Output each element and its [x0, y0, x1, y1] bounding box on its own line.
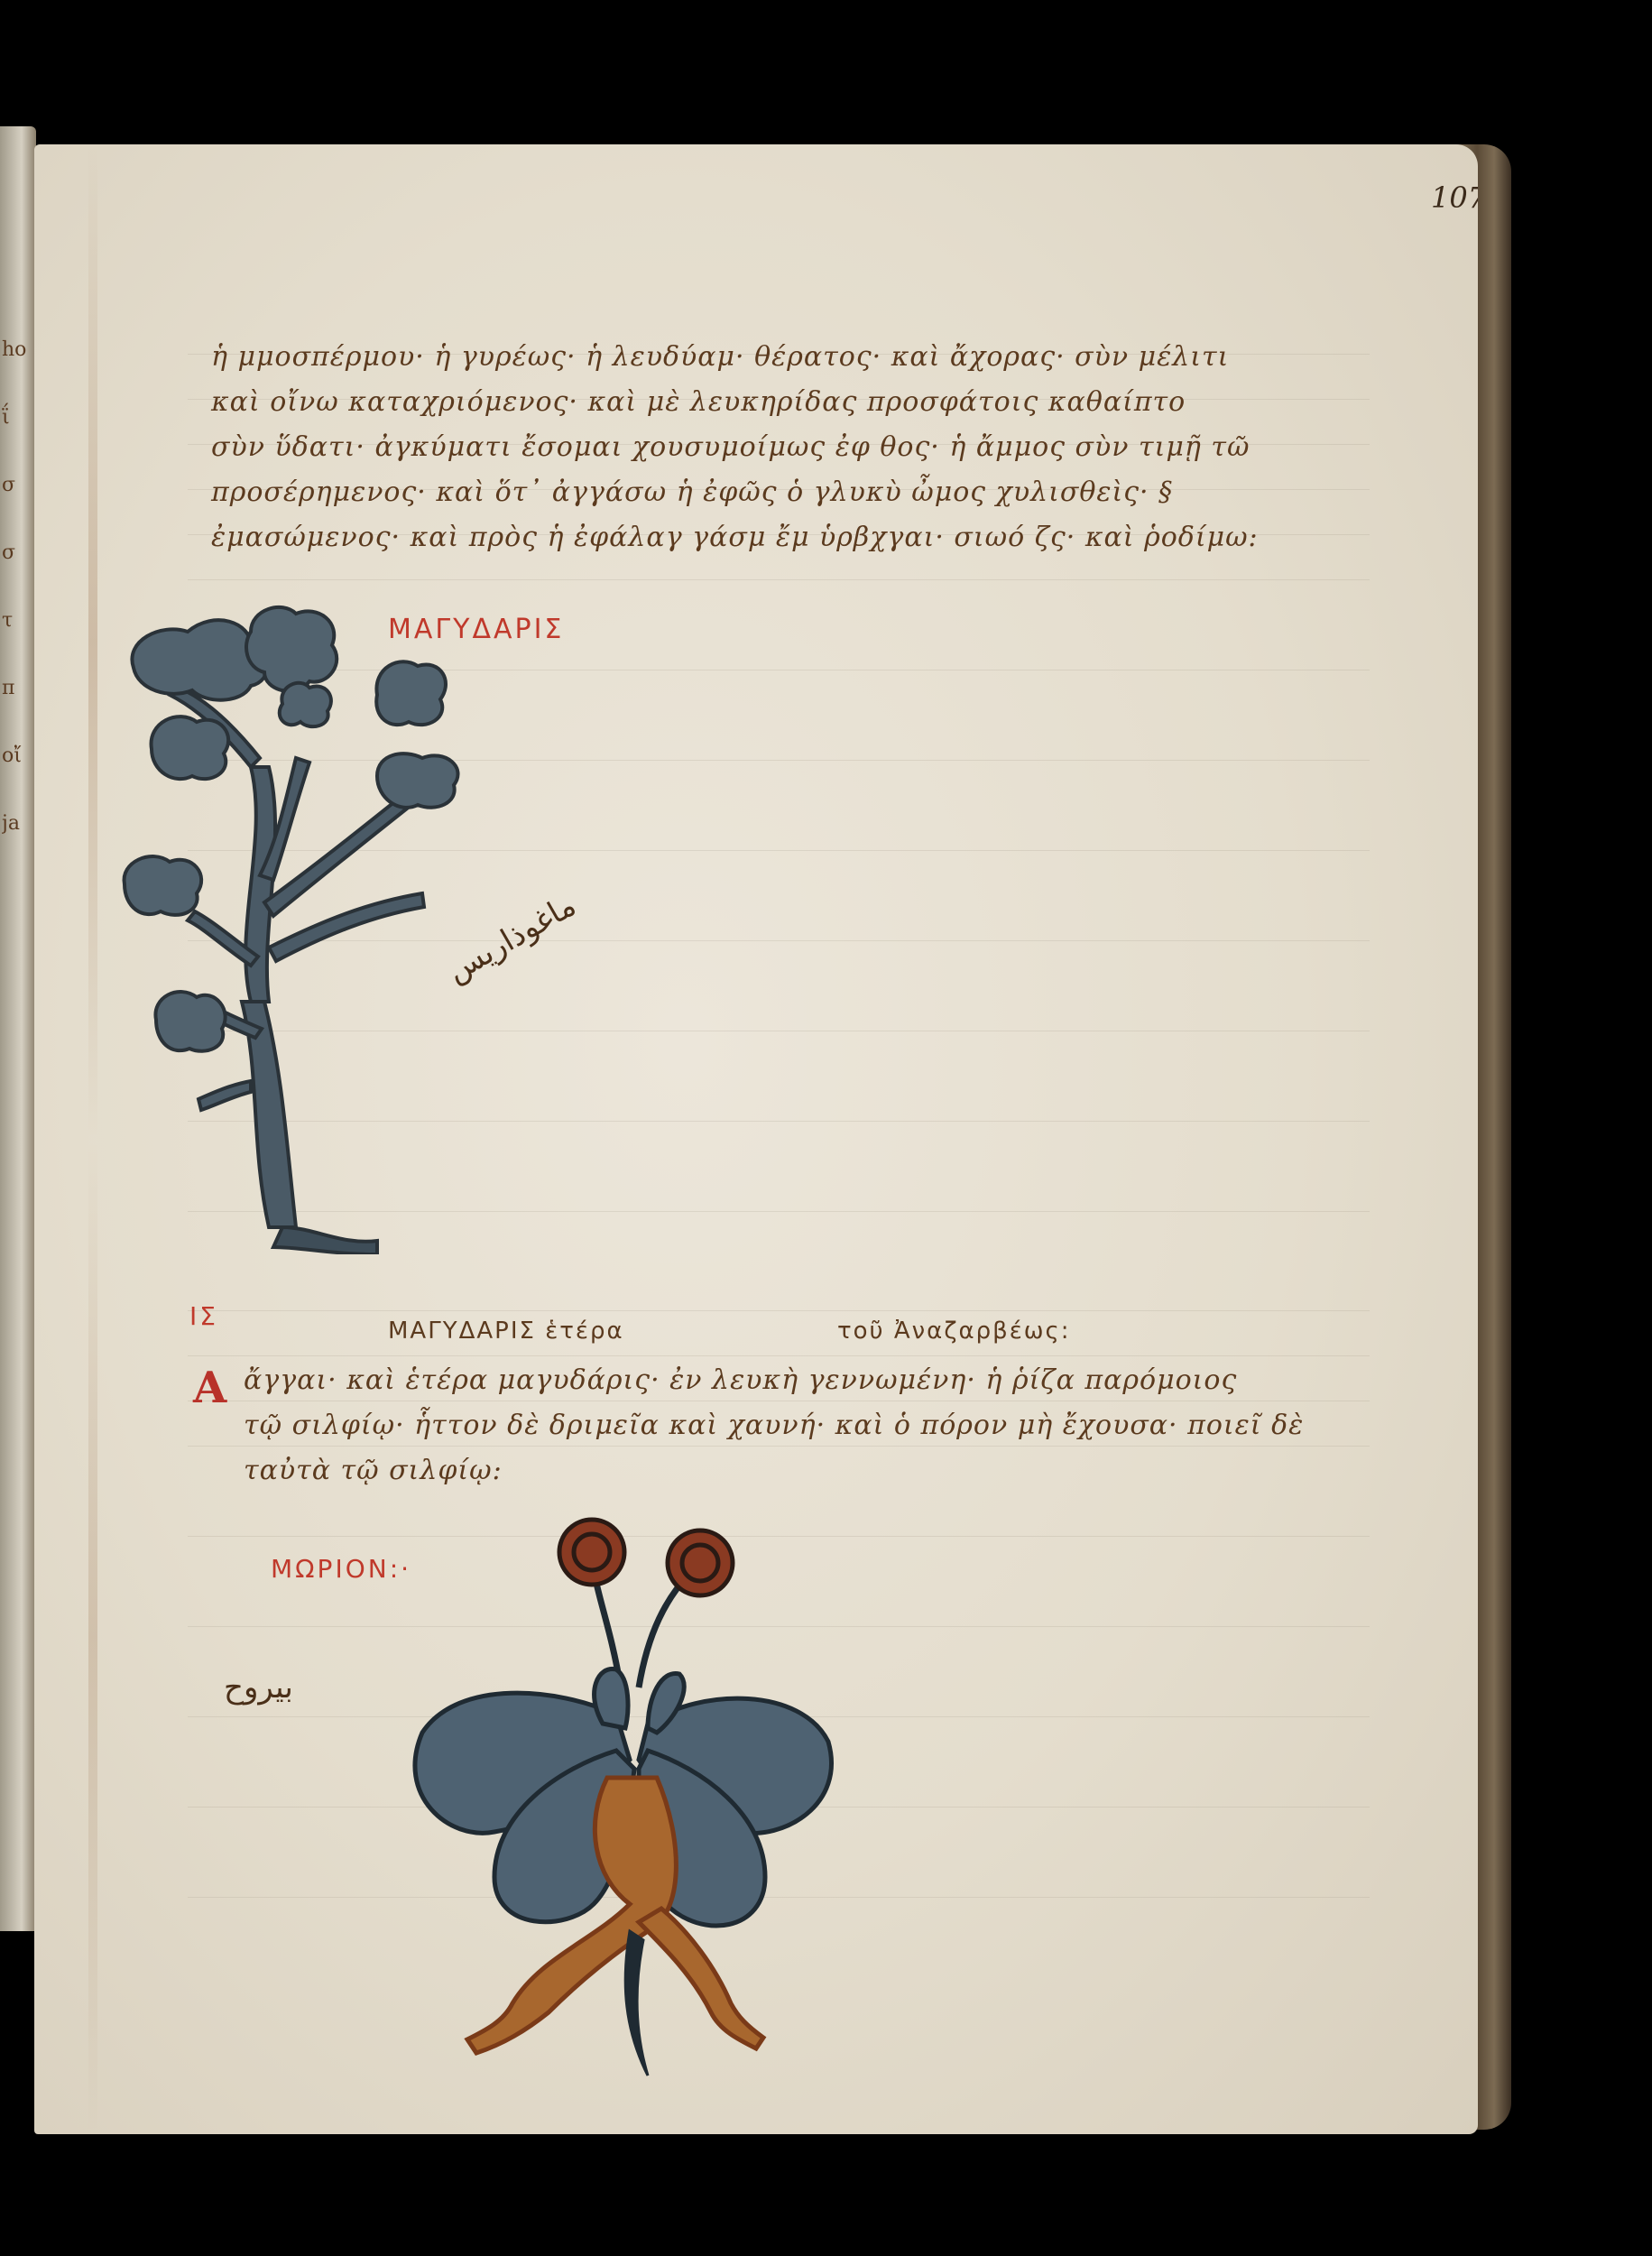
section-heading-magydaris-other: ΜΑΓΥΔΑΡΙΣ ἑτέρα — [388, 1318, 624, 1345]
text-line: ἡ μμοσπέρμου· ἡ γυρέως· ἡ λευδύαμ· θέρατ… — [211, 341, 1229, 373]
morion-mandrake-illustration — [377, 1498, 964, 2130]
previous-page-edge: ho ΐ σ σ τ π οἴ ja — [0, 126, 36, 1931]
ruling-line — [188, 1446, 1370, 1447]
manuscript-folio: 107 ἡ μμοσπέρμου· ἡ γυρέως· ἡ λευδύαμ· θ… — [34, 144, 1478, 2134]
text-line: τῷ σιλφίῳ· ἧττον δὲ δριμεῖα καὶ χαυνή· κ… — [244, 1410, 1304, 1441]
gutter-stain — [88, 144, 97, 2134]
folio-number: 107 — [1431, 180, 1478, 215]
rubric-title-morion-text: ΜΩΡΙΟΝ — [271, 1554, 390, 1584]
chapter-number: ΙΣ — [189, 1301, 218, 1331]
ruling-line — [188, 579, 1370, 580]
ruling-line — [188, 1310, 1370, 1311]
ruling-line — [188, 1401, 1370, 1401]
text-line: ἐμασώμενος· καὶ πρὸς ἡ ἐφάλαγ γάσμ ἔμ ὑρ… — [211, 522, 1259, 553]
text-line: προσέρημενος· καὶ ὅτ᾽ ἀγγάσω ἡ ἐφῶς ὁ γλ… — [211, 476, 1173, 508]
magydaris-plant-illustration — [115, 605, 549, 1254]
previous-page-text-fragments: ho ΐ σ σ τ π οἴ ja — [2, 316, 34, 857]
text-line: σὺν ὕδατι· ἀγκύματι ἔσομαι χουσυμοίμως ἐ… — [211, 431, 1250, 463]
text-line: ἄγγαι· καὶ ἑτέρα μαγυδάρις· ἐν λευκὴ γεν… — [244, 1364, 1237, 1396]
text-line: ταὐτὰ τῷ σιλφίῳ: — [244, 1455, 503, 1486]
red-initial-letter: Α — [193, 1363, 226, 1413]
ruling-line — [188, 1355, 1370, 1356]
section-heading-anazarbeus: τοῦ Ἀναζαρβέως: — [837, 1318, 1071, 1345]
text-line: καὶ οἴνω καταχριόμενος· καὶ μὲ λευκηρίδα… — [211, 386, 1186, 418]
arabic-gloss-morion: بيروح — [224, 1669, 293, 1706]
